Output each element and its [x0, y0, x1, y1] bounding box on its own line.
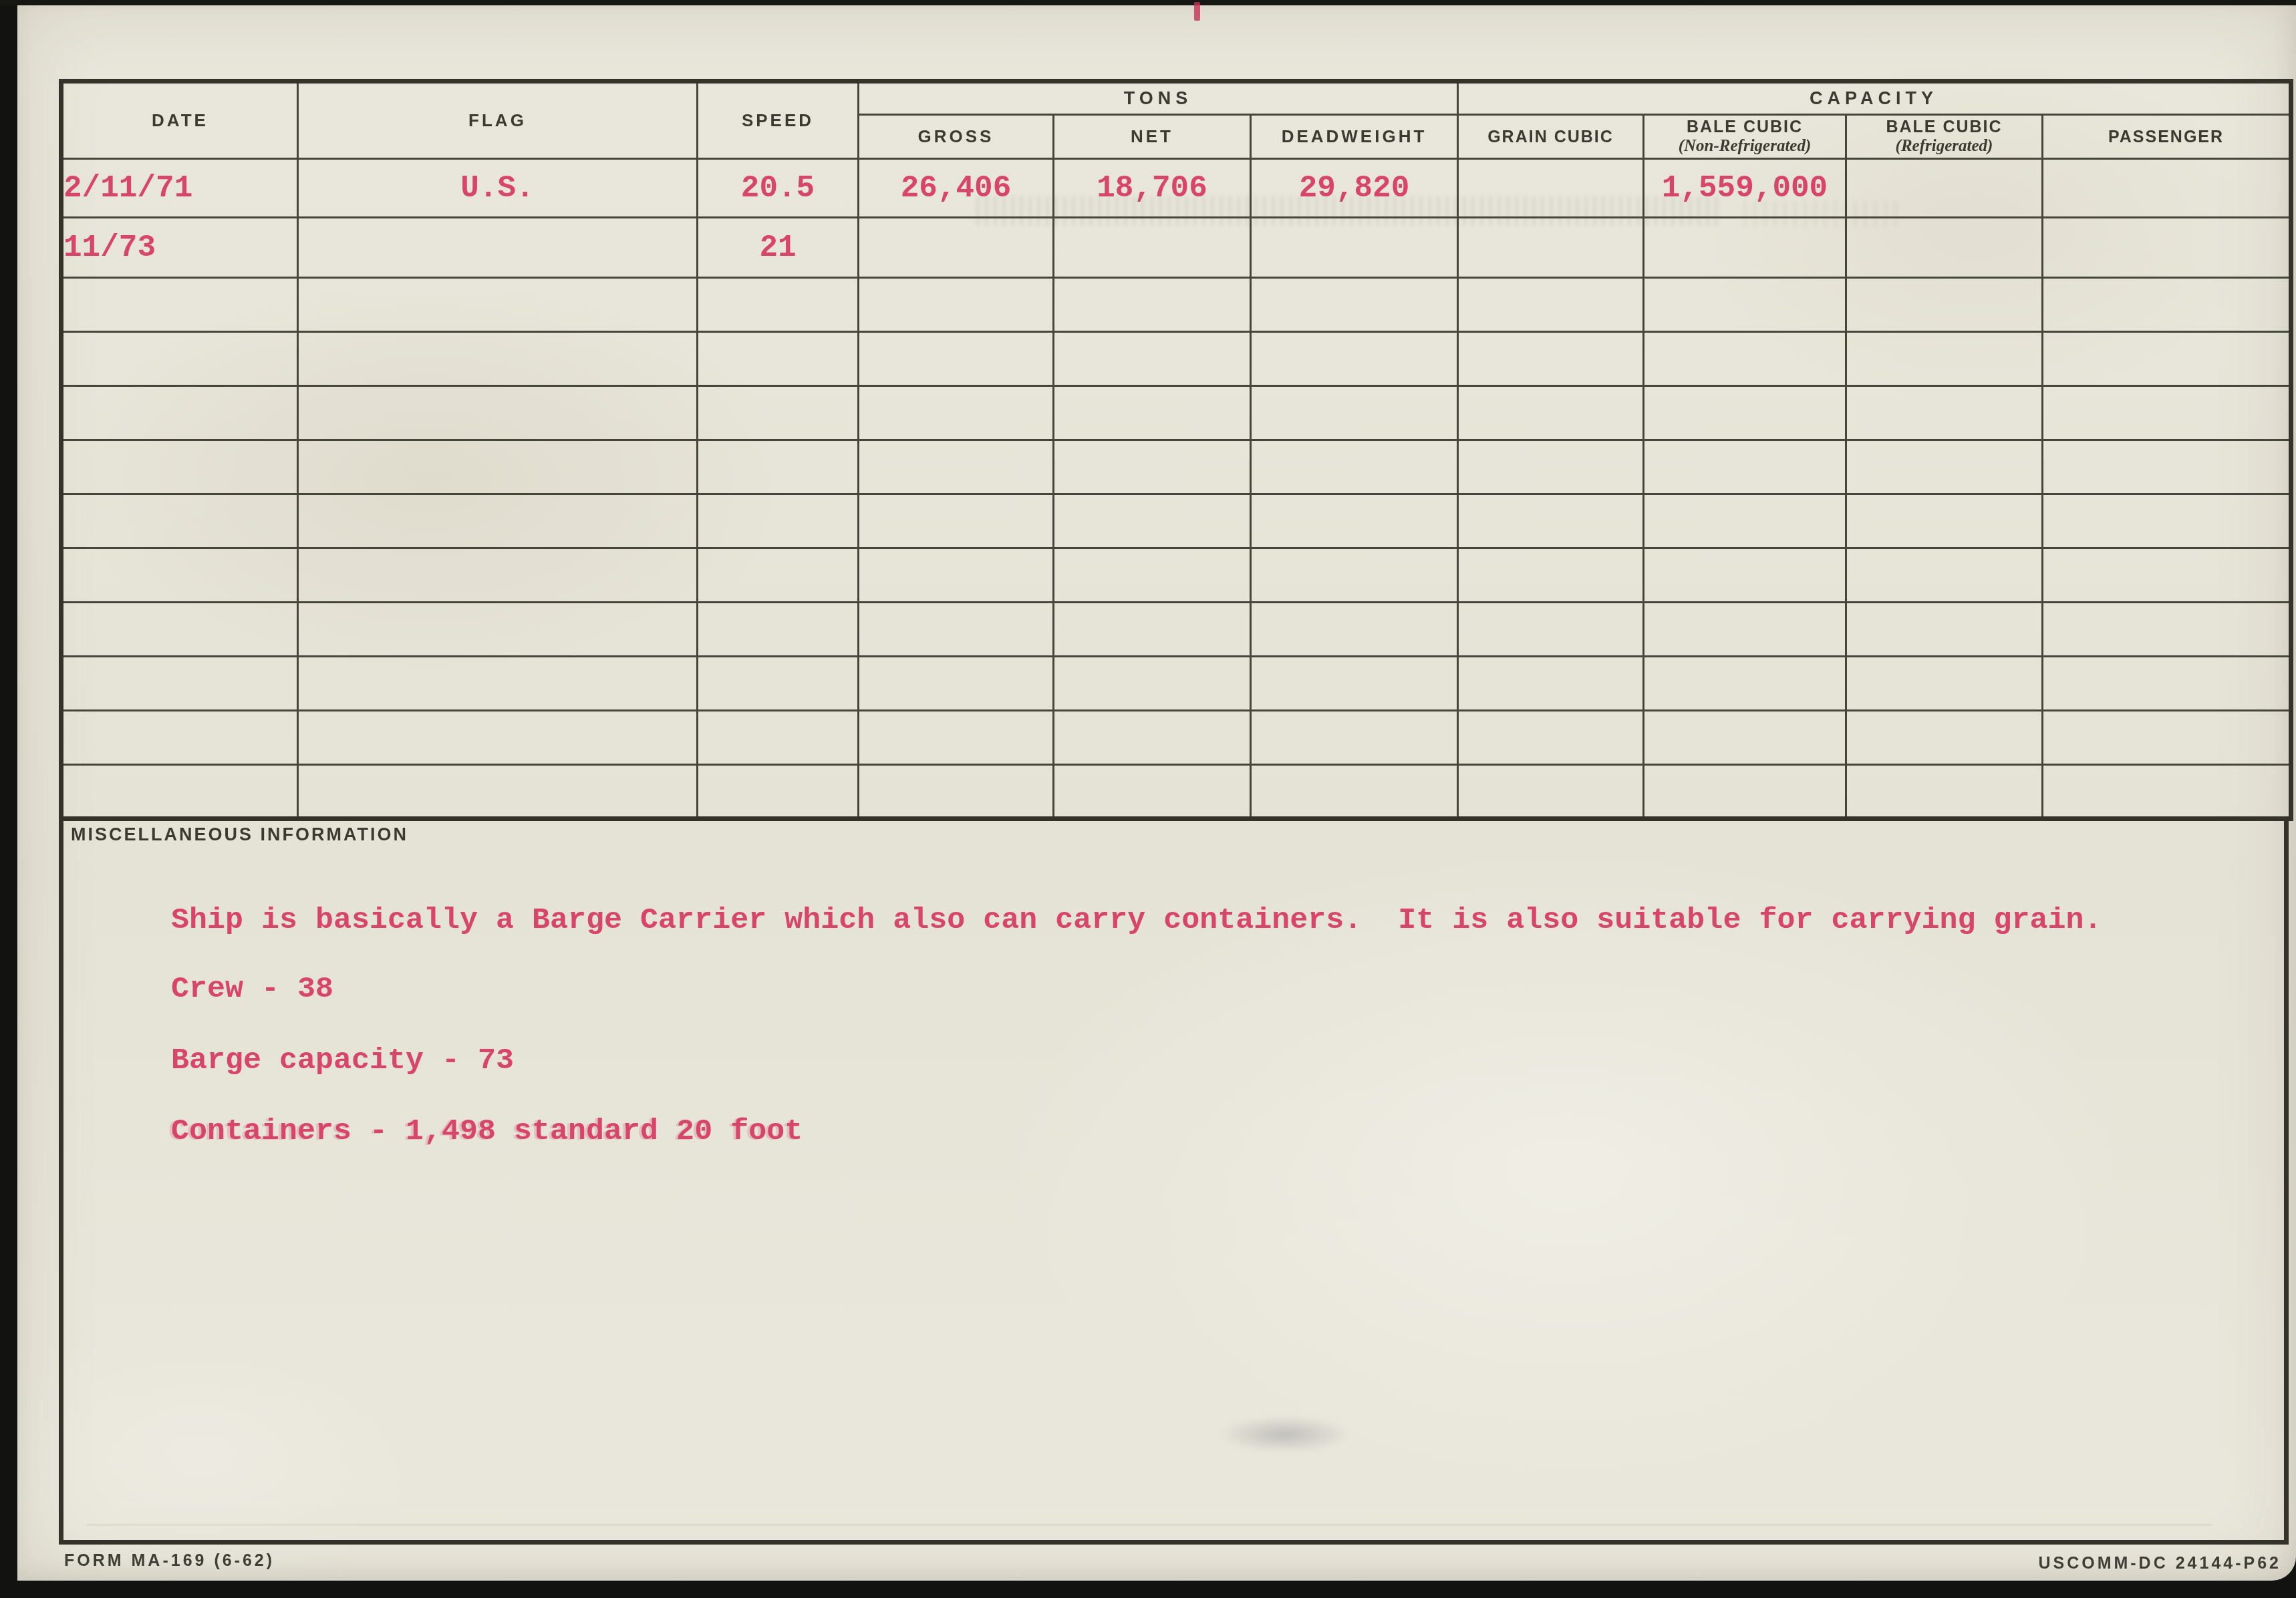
cell-speed: 20.5	[698, 159, 859, 218]
cell-gross	[859, 494, 1054, 548]
cell-passenger	[2043, 159, 2291, 218]
cell-net	[1054, 440, 1251, 494]
cell-grain-cubic	[1458, 603, 1644, 657]
cell-passenger	[2043, 440, 2291, 494]
cell-date: 2/11/71	[61, 159, 298, 218]
cell-speed	[698, 278, 859, 332]
col-header-bale-cubic-nonref: BALE CUBIC (Non-Refrigerated)	[1644, 115, 1846, 159]
cell-deadweight	[1251, 603, 1458, 657]
cell-passenger	[2043, 218, 2291, 278]
vessel-record-table: DATE FLAG SPEED TONS CAPACITY GROSS NET …	[59, 79, 2293, 821]
scanned-page: DATE FLAG SPEED TONS CAPACITY GROSS NET …	[0, 0, 2296, 1598]
cell-passenger	[2043, 494, 2291, 548]
cell-net	[1054, 657, 1251, 711]
cell-gross	[859, 218, 1054, 278]
cell-net	[1054, 548, 1251, 603]
cell-flag	[298, 278, 698, 332]
cell-grain-cubic	[1458, 765, 1644, 819]
cell-net: 18,706	[1054, 159, 1251, 218]
col-group-capacity: CAPACITY	[1458, 82, 2291, 115]
cell-net	[1054, 218, 1251, 278]
table-row	[61, 386, 2291, 440]
cell-bale-ref	[1846, 603, 2043, 657]
cell-gross	[859, 711, 1054, 765]
table-row: 2/11/71U.S.20.526,40618,70629,8201,559,0…	[61, 159, 2291, 218]
miscellaneous-section-label: MISCELLANEOUS INFORMATION	[71, 824, 408, 845]
header-line: BALE CUBIC	[1847, 117, 2041, 137]
col-group-tons: TONS	[859, 82, 1458, 115]
header-line: PASSENGER	[2043, 127, 2289, 147]
cell-grain-cubic	[1458, 494, 1644, 548]
cell-passenger	[2043, 711, 2291, 765]
cell-net	[1054, 332, 1251, 386]
cell-flag	[298, 548, 698, 603]
misc-line-barge-capacity: Barge capacity - 73	[171, 1044, 514, 1078]
cell-bale-nonref	[1644, 440, 1846, 494]
col-header-net: NET	[1054, 115, 1251, 159]
cell-deadweight: 29,820	[1251, 159, 1458, 218]
cell-grain-cubic	[1458, 386, 1644, 440]
cell-grain-cubic	[1458, 711, 1644, 765]
cell-grain-cubic	[1458, 332, 1644, 386]
table-row	[61, 278, 2291, 332]
cell-bale-ref	[1846, 440, 2043, 494]
cell-bale-ref	[1846, 711, 2043, 765]
scan-edge-top	[0, 0, 2296, 5]
cell-bale-nonref	[1644, 548, 1846, 603]
cell-speed	[698, 603, 859, 657]
cell-speed	[698, 657, 859, 711]
header-line: GRAIN CUBIC	[1459, 127, 1642, 147]
cell-date	[61, 278, 298, 332]
col-header-date: DATE	[61, 82, 298, 159]
cell-deadweight	[1251, 765, 1458, 819]
cell-grain-cubic	[1458, 278, 1644, 332]
cell-bale-ref	[1846, 657, 2043, 711]
cell-bale-nonref	[1644, 278, 1846, 332]
cell-bale-nonref	[1644, 494, 1846, 548]
table-row	[61, 603, 2291, 657]
cell-bale-ref	[1846, 278, 2043, 332]
cell-gross	[859, 548, 1054, 603]
misc-line-description: Ship is basically a Barge Carrier which …	[171, 903, 2102, 937]
table-row	[61, 657, 2291, 711]
cell-speed	[698, 711, 859, 765]
header-subline: (Refrigerated)	[1847, 137, 2041, 156]
cell-date	[61, 765, 298, 819]
table-row	[61, 711, 2291, 765]
cell-flag	[298, 711, 698, 765]
cell-bale-nonref: 1,559,000	[1644, 159, 1846, 218]
cell-passenger	[2043, 548, 2291, 603]
col-header-deadweight: DEADWEIGHT	[1251, 115, 1458, 159]
cell-passenger	[2043, 386, 2291, 440]
cell-deadweight	[1251, 548, 1458, 603]
table-row: 11/7321	[61, 218, 2291, 278]
cell-gross	[859, 278, 1054, 332]
cell-gross	[859, 332, 1054, 386]
cell-gross	[859, 386, 1054, 440]
misc-line-containers: Containers - 1,498 standard 20 foot	[171, 1114, 803, 1148]
cell-net	[1054, 711, 1251, 765]
cell-gross	[859, 603, 1054, 657]
cell-passenger	[2043, 765, 2291, 819]
cell-flag	[298, 440, 698, 494]
cell-gross	[859, 440, 1054, 494]
cell-flag	[298, 218, 698, 278]
cell-flag: U.S.	[298, 159, 698, 218]
cell-deadweight	[1251, 218, 1458, 278]
cell-speed	[698, 765, 859, 819]
cell-net	[1054, 765, 1251, 819]
cell-date	[61, 548, 298, 603]
table-body: 2/11/71U.S.20.526,40618,70629,8201,559,0…	[61, 159, 2291, 819]
cell-flag	[298, 494, 698, 548]
cell-grain-cubic	[1458, 657, 1644, 711]
cell-bale-nonref	[1644, 332, 1846, 386]
cell-net	[1054, 603, 1251, 657]
cell-date	[61, 332, 298, 386]
cell-speed	[698, 386, 859, 440]
cell-passenger	[2043, 657, 2291, 711]
cell-flag	[298, 386, 698, 440]
cell-bale-ref	[1846, 765, 2043, 819]
cell-passenger	[2043, 603, 2291, 657]
cell-deadweight	[1251, 386, 1458, 440]
cell-bale-nonref	[1644, 603, 1846, 657]
col-header-speed: SPEED	[698, 82, 859, 159]
cell-deadweight	[1251, 494, 1458, 548]
header-subline: (Non-Refrigerated)	[1644, 137, 1845, 156]
cell-bale-ref	[1846, 494, 2043, 548]
table-row	[61, 440, 2291, 494]
col-header-passenger: PASSENGER	[2043, 115, 2291, 159]
cell-deadweight	[1251, 711, 1458, 765]
cell-date: 11/73	[61, 218, 298, 278]
cell-flag	[298, 603, 698, 657]
table-row	[61, 494, 2291, 548]
cell-date	[61, 711, 298, 765]
cell-bale-nonref	[1644, 711, 1846, 765]
cell-speed	[698, 332, 859, 386]
cell-bale-nonref	[1644, 218, 1846, 278]
cell-date	[61, 440, 298, 494]
col-header-flag: FLAG	[298, 82, 698, 159]
cell-flag	[298, 332, 698, 386]
cell-grain-cubic	[1458, 548, 1644, 603]
cell-passenger	[2043, 332, 2291, 386]
cell-date	[61, 657, 298, 711]
header-line: BALE CUBIC	[1644, 117, 1845, 137]
col-header-bale-cubic-ref: BALE CUBIC (Refrigerated)	[1846, 115, 2043, 159]
cell-grain-cubic	[1458, 218, 1644, 278]
cell-deadweight	[1251, 278, 1458, 332]
cell-bale-ref	[1846, 218, 2043, 278]
cell-bale-nonref	[1644, 386, 1846, 440]
cell-date	[61, 603, 298, 657]
cell-gross	[859, 657, 1054, 711]
cell-net	[1054, 278, 1251, 332]
cell-gross: 26,406	[859, 159, 1054, 218]
cell-bale-nonref	[1644, 765, 1846, 819]
cell-passenger	[2043, 278, 2291, 332]
table-row	[61, 332, 2291, 386]
form-number: FORM MA-169 (6-62)	[64, 1551, 275, 1571]
cell-bale-ref	[1846, 332, 2043, 386]
cell-speed	[698, 494, 859, 548]
cell-deadweight	[1251, 332, 1458, 386]
cell-net	[1054, 494, 1251, 548]
cell-flag	[298, 765, 698, 819]
cell-grain-cubic	[1458, 159, 1644, 218]
cell-bale-ref	[1846, 548, 2043, 603]
cell-net	[1054, 386, 1251, 440]
table-row	[61, 765, 2291, 819]
cell-speed: 21	[698, 218, 859, 278]
cell-speed	[698, 440, 859, 494]
cell-date	[61, 494, 298, 548]
cell-flag	[298, 657, 698, 711]
cell-gross	[859, 765, 1054, 819]
cell-deadweight	[1251, 657, 1458, 711]
col-header-gross: GROSS	[859, 115, 1054, 159]
cell-speed	[698, 548, 859, 603]
cell-bale-ref	[1846, 386, 2043, 440]
misc-line-crew: Crew - 38	[171, 972, 333, 1006]
cell-bale-ref	[1846, 159, 2043, 218]
cell-deadweight	[1251, 440, 1458, 494]
cell-date	[61, 386, 298, 440]
cell-bale-nonref	[1644, 657, 1846, 711]
table-row	[61, 548, 2291, 603]
print-code: USCOMM-DC 24144-P62	[2038, 1554, 2281, 1573]
col-header-grain-cubic: GRAIN CUBIC	[1458, 115, 1644, 159]
cell-grain-cubic	[1458, 440, 1644, 494]
